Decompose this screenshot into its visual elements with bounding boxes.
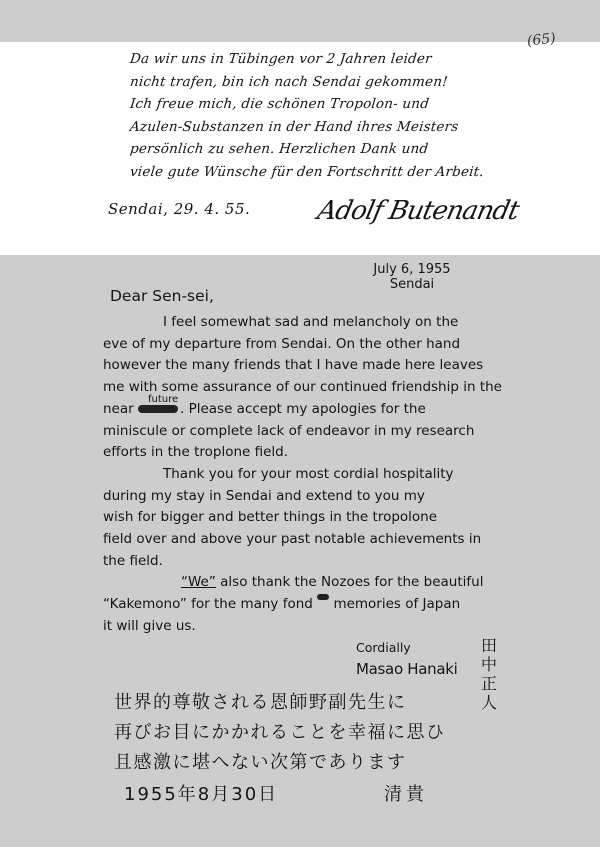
letter-line: during my stay in Sendai and extend to y… bbox=[103, 486, 573, 508]
ink-smudge bbox=[317, 594, 329, 600]
japanese-line: 世界的尊敬される恩師野副先生に bbox=[114, 688, 514, 718]
letter-date: July 6, 1955 bbox=[362, 262, 462, 277]
letter-line: miniscule or complete lack of endeavor i… bbox=[103, 421, 573, 443]
letter-signature: Masao Hanaki bbox=[356, 660, 458, 678]
japanese-line: 且感激に堪へない次第であります bbox=[114, 748, 514, 778]
german-line: persönlich zu sehen. Herzlichen Dank und bbox=[129, 138, 571, 161]
letter-line: the field. bbox=[103, 551, 573, 573]
german-note-text: Da wir uns in Tübingen vor 2 Jahren leid… bbox=[130, 48, 570, 183]
letter-place: Sendai bbox=[362, 277, 462, 292]
letter-line: eve of my departure from Sendai. On the … bbox=[103, 334, 573, 356]
japanese-note-text: 世界的尊敬される恩師野副先生に 再びお目にかかれることを幸福に思ひ 且感激に堪へ… bbox=[114, 688, 514, 778]
letter-line: field over and above your past notable a… bbox=[103, 529, 573, 551]
german-note-signature: Adolf Butenandt bbox=[315, 196, 521, 226]
underlined-word: “We” bbox=[181, 572, 216, 594]
german-line: Da wir uns in Tübingen vor 2 Jahren leid… bbox=[129, 48, 571, 71]
letter-line: it will give us. bbox=[103, 616, 573, 638]
inserted-word: future bbox=[138, 399, 180, 421]
scan-top-margin bbox=[0, 0, 600, 42]
letter-line: “Kakemono” for the many fond memories of… bbox=[103, 594, 573, 616]
german-line: Azulen-Substanzen in der Hand ihres Meis… bbox=[129, 116, 571, 139]
german-line: viele gute Wünsche für den Fortschritt d… bbox=[129, 161, 571, 184]
letter-dateline: July 6, 1955 Sendai bbox=[362, 262, 462, 292]
insertion-above: future bbox=[148, 389, 178, 411]
letter-body: I feel somewhat sad and melancholy on th… bbox=[103, 312, 573, 638]
german-note-place-date: Sendai, 29. 4. 55. bbox=[108, 200, 250, 218]
letter-line: Thank you for your most cordial hospital… bbox=[103, 464, 573, 486]
german-line: Ich freue mich, die schönen Tropolon- un… bbox=[129, 93, 571, 116]
letter-line: I feel somewhat sad and melancholy on th… bbox=[103, 312, 573, 334]
letter-closing: Cordially bbox=[356, 640, 411, 655]
page-number: (65) bbox=[526, 31, 556, 50]
letter-line: “We” also thank the Nozoes for the beaut… bbox=[103, 572, 573, 594]
letter-line: however the many friends that I have mad… bbox=[103, 355, 573, 377]
letter-line: efforts in the troplone field. bbox=[103, 442, 573, 464]
letter-line: near future. Please accept my apologies … bbox=[103, 399, 573, 421]
japanese-note-date: 1955年8月30日 bbox=[124, 780, 278, 806]
letter-line: wish for bigger and better things in the… bbox=[103, 507, 573, 529]
german-line: nicht trafen, bin ich nach Sendai gekomm… bbox=[129, 71, 571, 94]
japanese-line: 再びお目にかかれることを幸福に思ひ bbox=[114, 718, 514, 748]
japanese-note-signature: 清貴 bbox=[384, 780, 428, 806]
letter-salutation: Dear Sen-sei, bbox=[110, 287, 214, 305]
